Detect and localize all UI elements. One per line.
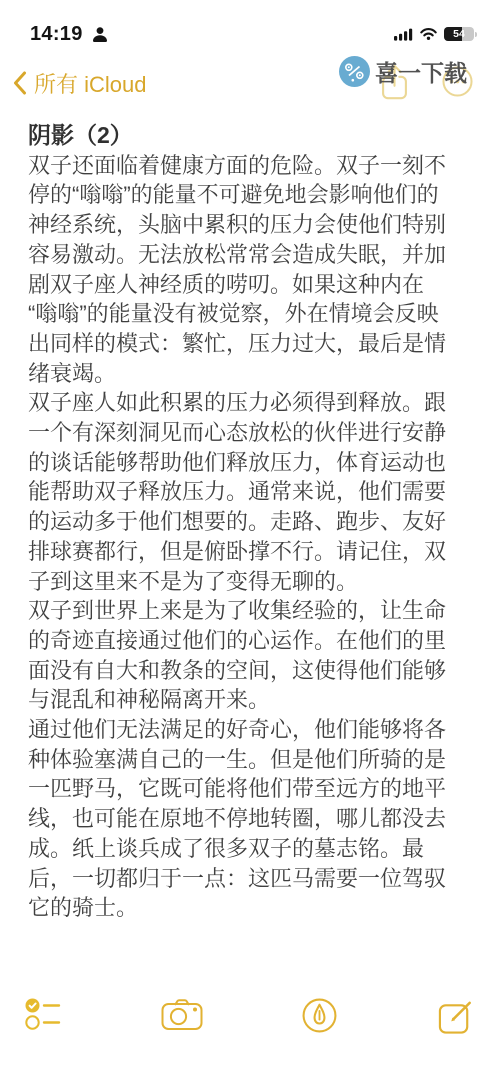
note-paragraph[interactable]: 通过他们无法满足的好奇心，他们能够将各 种体验塞满自己的一生。但是他们所骑的是 … bbox=[28, 715, 476, 923]
camera-button[interactable] bbox=[161, 997, 203, 1034]
note-paragraph[interactable]: 双子到世界上来是为了收集经验的，让生命 的奇迹直接通过他们的心运作。在他们的里 … bbox=[28, 596, 476, 715]
nav-bar: 所有 iCloud bbox=[0, 60, 500, 106]
markup-pen-icon bbox=[301, 997, 338, 1034]
note-body[interactable]: 阴影（2） 双子还面临着健康方面的危险。双子一刻不 停的“嗡嗡”的能量不可避免地… bbox=[0, 106, 500, 923]
compose-button[interactable] bbox=[437, 997, 476, 1039]
note-paragraph[interactable]: 双子座人如此积累的压力必须得到释放。跟 一个有深刻洞见而心态放松的伙伴进行安静 … bbox=[28, 388, 476, 596]
person-icon bbox=[91, 26, 109, 43]
checklist-button[interactable] bbox=[24, 997, 62, 1034]
back-button-label: 所有 iCloud bbox=[34, 68, 146, 99]
ellipsis-circle-icon bbox=[441, 65, 474, 98]
camera-icon bbox=[161, 997, 203, 1031]
clock: 14:19 bbox=[30, 23, 83, 46]
checklist-icon bbox=[24, 997, 62, 1031]
chevron-left-icon bbox=[13, 71, 27, 95]
status-bar: 14:19 54 bbox=[0, 0, 500, 50]
bottom-toolbar bbox=[0, 986, 500, 1065]
share-button[interactable] bbox=[380, 63, 409, 104]
more-options-button[interactable] bbox=[441, 65, 474, 101]
markup-button[interactable] bbox=[301, 997, 338, 1037]
share-icon bbox=[380, 63, 409, 101]
compose-icon bbox=[437, 997, 476, 1036]
cellular-signal-icon bbox=[394, 28, 413, 41]
battery-icon: 54 bbox=[444, 27, 474, 41]
back-button[interactable]: 所有 iCloud bbox=[13, 68, 146, 99]
notes-app-screen: 14:19 54 bbox=[0, 0, 500, 1065]
note-title[interactable]: 阴影（2） bbox=[28, 121, 476, 151]
note-paragraph[interactable]: 双子还面临着健康方面的危险。双子一刻不 停的“嗡嗡”的能量不可避免地会影响他们的… bbox=[28, 151, 476, 389]
battery-percentage: 54 bbox=[444, 27, 474, 41]
wifi-icon bbox=[420, 28, 437, 40]
